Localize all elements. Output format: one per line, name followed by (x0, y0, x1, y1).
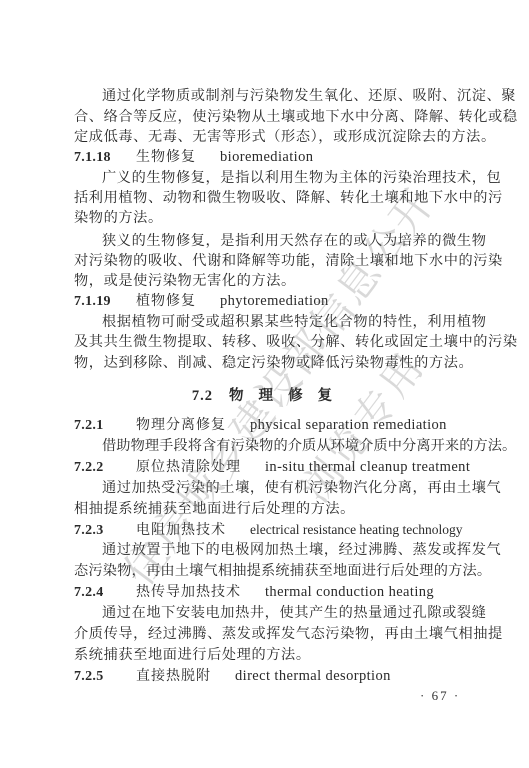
term-english: in-situ thermal cleanup treatment (265, 459, 470, 475)
term-english: electrical resistance heating technology (250, 522, 463, 537)
page-number: · 67 · (420, 688, 460, 704)
paragraph-line: 系统捕获至地面进行后处理的方法。 (74, 645, 458, 665)
term-chinese: 植物修复 (136, 291, 196, 311)
term-heading-7-2-2: 7.2.2原位热清除处理in-situ thermal cleanup trea… (74, 457, 458, 478)
term-chinese: 物理分离修复 (136, 415, 226, 435)
paragraph-line: 狭义的生物修复，是指利用天然存在的或人为培养的微生物 (102, 231, 458, 251)
paragraph-line: 定成低毒、无毒、无害等形式（形态），或形成沉淀除去的方法。 (74, 127, 458, 147)
paragraph-line: 根据植物可耐受或超积累某些特定化合物的特性，利用植物 (102, 312, 458, 332)
paragraph-line: 合、络合等反应，使污染物从土壤或地下水中分离、降解、转化或稳 (74, 107, 458, 127)
term-number: 7.2.5 (74, 667, 136, 687)
paragraph-line: 通过在地下安装电加热井，使其产生的热量通过孔隙或裂缝 (102, 603, 458, 623)
term-english: thermal conduction heating (265, 584, 434, 600)
term-number: 7.1.19 (74, 292, 136, 312)
term-chinese: 原位热清除处理 (136, 457, 241, 477)
paragraph-line: 通过加热受污染的土壤，使有机污染物汽化分离，再由土壤气 (102, 478, 458, 498)
term-chinese: 直接热脱附 (136, 666, 211, 686)
paragraph-line: 对污染物的吸收、代谢和降解等功能，清除土壤和地下水中的污染 (74, 251, 458, 271)
paragraph-line: 物，达到移除、削减、稳定污染物或降低污染物毒性的方法。 (74, 353, 458, 373)
term-chinese: 电阻加热技术 (136, 520, 226, 540)
term-number: 7.2.1 (74, 416, 136, 436)
paragraph-line: 括利用植物、动物和微生物吸收、降解、转化土壤和地下水中的污 (74, 188, 458, 208)
term-english: phytoremediation (220, 293, 329, 309)
term-english: physical separation remediation (250, 417, 447, 433)
term-heading-7-2-4: 7.2.4热传导加热技术thermal conduction heating (74, 582, 458, 603)
document-page: 通过化学物质或制剂与污染物发生氧化、还原、吸附、沉淀、聚 合、络合等反应，使污染… (0, 0, 529, 768)
paragraph-line: 通过化学物质或制剂与污染物发生氧化、还原、吸附、沉淀、聚 (102, 86, 458, 106)
term-chinese: 生物修复 (136, 147, 196, 167)
section-title: 物 理 修 复 (229, 387, 337, 404)
term-number: 7.2.2 (74, 458, 136, 478)
term-english: bioremediation (220, 149, 313, 165)
term-heading-7-2-3: 7.2.3电阻加热技术electrical resistance heating… (74, 520, 458, 541)
term-heading-7-2-1: 7.2.1物理分离修复physical separation remediati… (74, 415, 458, 436)
paragraph-line: 广义的生物修复，是指以利用生物为主体的污染治理技术，包 (102, 168, 458, 188)
term-number: 7.2.3 (74, 521, 136, 541)
paragraph-line: 染物的方法。 (74, 208, 458, 228)
paragraph-line: 通过放置于地下的电极网加热土壤，经过沸腾、蒸发或挥发气 (102, 540, 458, 560)
term-english: direct thermal desorption (235, 668, 391, 684)
paragraph-line: 态污染物，再由土壤气相抽提系统捕获至地面进行后处理的方法。 (74, 561, 458, 581)
term-number: 7.1.18 (74, 148, 136, 168)
term-chinese: 热传导加热技术 (136, 582, 241, 602)
paragraph-line: 相抽提系统捕获至地面进行后处理的方法。 (74, 499, 458, 519)
section-heading: 7.2物 理 修 复 (0, 384, 529, 405)
term-number: 7.2.4 (74, 583, 136, 603)
paragraph-line: 物，或是使污染物无害化的方法。 (74, 271, 458, 291)
term-heading-7-1-18: 7.1.18生物修复bioremediation (74, 147, 458, 168)
term-heading-7-1-19: 7.1.19植物修复phytoremediation (74, 291, 458, 312)
paragraph-line: 介质传导，经过沸腾、蒸发或挥发气态污染物，再由土壤气相抽提 (74, 624, 458, 644)
paragraph-line: 借助物理手段将含有污染物的介质从环境介质中分离开来的方法。 (102, 436, 458, 456)
section-number: 7.2 (192, 388, 213, 404)
paragraph-line: 及其共生微生物提取、转移、吸收、分解、转化或固定土壤中的污染 (74, 332, 458, 352)
term-heading-7-2-5: 7.2.5直接热脱附direct thermal desorption (74, 666, 458, 687)
